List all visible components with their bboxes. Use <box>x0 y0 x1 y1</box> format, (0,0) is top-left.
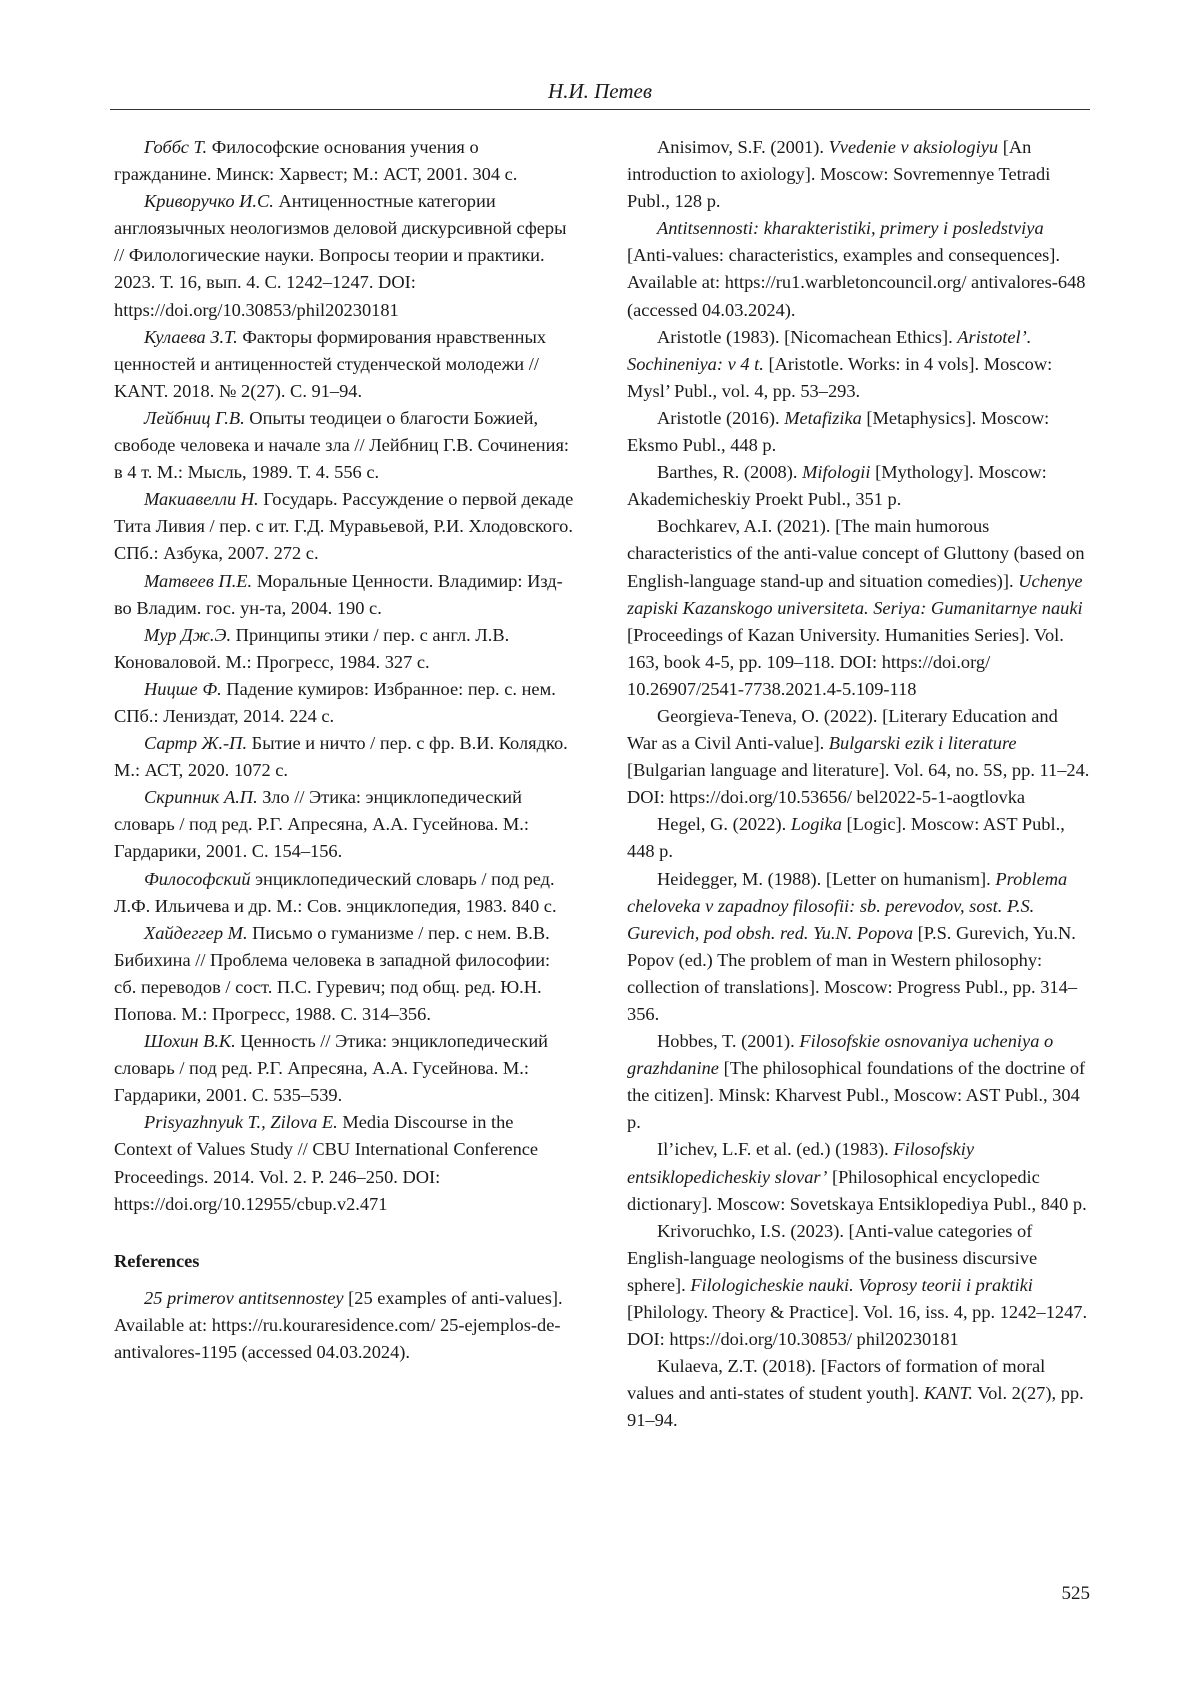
reference-entry: Heidegger, M. (1988). [Letter on humanis… <box>627 866 1090 1029</box>
ref-title: Logika <box>791 814 842 834</box>
bib-author: Гоббс Т. <box>144 137 207 157</box>
reference-entry: Georgieva-Teneva, O. (2022). [Literary E… <box>627 703 1090 811</box>
bib-entry: Хайдеггер М. Письмо о гуманизме / пер. с… <box>114 920 574 1028</box>
references-list-right: Anisimov, S.F. (2001). Vvedenie v aksiol… <box>627 134 1090 1435</box>
ref-post: [Philology. Theory & Practice]. Vol. 16,… <box>627 1302 1087 1349</box>
bib-entry: Prisyazhnyuk T., Zilova E. Media Discour… <box>114 1109 574 1217</box>
ref-pre: Barthes, R. (2008). <box>657 462 802 482</box>
reference-entry: 25 primerov antitsennostey [25 examples … <box>114 1285 574 1366</box>
bib-entry: Гоббс Т. Философские основания учения о … <box>114 134 574 188</box>
reference-entry: Barthes, R. (2008). Mifologii [Mythology… <box>627 459 1090 513</box>
bib-author: Сартр Ж.-П. <box>144 733 247 753</box>
ref-title: Mifologii <box>802 462 870 482</box>
reference-entry: Aristotle (1983). [Nicomachean Ethics]. … <box>627 324 1090 405</box>
bib-author: Матвеев П.Е. <box>144 571 252 591</box>
ref-pre: Hobbes, T. (2001). <box>657 1031 799 1051</box>
bib-entry: Криворучко И.С. Антиценностные категории… <box>114 188 574 323</box>
bib-author: Prisyazhnyuk T., Zilova E. <box>144 1112 338 1132</box>
ref-pre: Aristotle (2016). <box>657 408 784 428</box>
reference-entry: Il’ichev, L.F. et al. (ed.) (1983). Filo… <box>627 1136 1090 1217</box>
bib-author: Криворучко И.С. <box>144 191 274 211</box>
bib-author: Лейбниц Г.В. <box>144 408 245 428</box>
bib-entry: Ницше Ф. Падение кумиров: Избранное: пер… <box>114 676 574 730</box>
references-list-left: 25 primerov antitsennostey [25 examples … <box>114 1285 574 1366</box>
bib-entry: Скрипник А.П. Зло // Этика: энциклопедич… <box>114 784 574 865</box>
ref-title: Filologicheskie nauki. Voprosy teorii i … <box>690 1275 1033 1295</box>
reference-entry: Krivoruchko, I.S. (2023). [Anti-value ca… <box>627 1218 1090 1353</box>
bib-author: Мур Дж.Э. <box>144 625 231 645</box>
bib-entry: Философский энциклопедический словарь / … <box>114 866 574 920</box>
ref-pre: Hegel, G. (2022). <box>657 814 791 834</box>
ref-post: [Anti-values: characteristics, examples … <box>627 245 1085 319</box>
page-number: 525 <box>1040 1583 1090 1605</box>
bib-author: Шохин В.К. <box>144 1031 236 1051</box>
bib-author: Философский <box>144 869 251 889</box>
reference-entry: Bochkarev, A.I. (2021). [The main humoro… <box>627 513 1090 703</box>
bib-entry: Лейбниц Г.В. Опыты теодицеи о благости Б… <box>114 405 574 486</box>
bib-entry: Шохин В.К. Ценность // Этика: энциклопед… <box>114 1028 574 1109</box>
bib-author: Макиавелли Н. <box>144 489 259 509</box>
bib-author: Кулаева З.Т. <box>144 327 238 347</box>
reference-entry: Aristotle (2016). Metafizika [Metaphysic… <box>627 405 1090 459</box>
ref-pre: Aristotle (1983). [Nicomachean Ethics]. <box>657 327 957 347</box>
bib-entry: Кулаева З.Т. Факторы формирования нравст… <box>114 324 574 405</box>
reference-entry: Antitsennosti: kharakteristiki, primery … <box>627 215 1090 323</box>
reference-entry: Anisimov, S.F. (2001). Vvedenie v aksiol… <box>627 134 1090 215</box>
bib-author: Скрипник А.П. <box>144 787 258 807</box>
ref-title: Bulgarski ezik i literature <box>829 733 1017 753</box>
bib-entry: Матвеев П.Е. Моральные Ценности. Владими… <box>114 568 574 622</box>
bib-entry: Мур Дж.Э. Принципы этики / пер. с англ. … <box>114 622 574 676</box>
ref-title: Metafizika <box>784 408 862 428</box>
references-heading: References <box>114 1248 574 1275</box>
ref-post: [Bulgarian language and literature]. Vol… <box>627 760 1089 807</box>
bibliography-list: Гоббс Т. Философские основания учения о … <box>114 134 574 1218</box>
ref-pre: Heidegger, M. (1988). [Letter on humanis… <box>657 869 995 889</box>
reference-entry: Hobbes, T. (2001). Filosofskie osnovaniy… <box>627 1028 1090 1136</box>
running-head: Н.И. Петев <box>110 78 1090 104</box>
ref-title: Antitsennosti: kharakteristiki, primery … <box>657 218 1044 238</box>
ref-title: KANT. <box>924 1383 973 1403</box>
ref-pre: Il’ichev, L.F. et al. (ed.) (1983). <box>657 1139 893 1159</box>
header-rule <box>110 109 1090 110</box>
reference-entry: Kulaeva, Z.T. (2018). [Factors of format… <box>627 1353 1090 1434</box>
ref-pre: Anisimov, S.F. (2001). <box>657 137 829 157</box>
ref-pre: Bochkarev, A.I. (2021). [The main humoro… <box>627 516 1085 590</box>
left-column: Гоббс Т. Философские основания учения о … <box>114 134 574 1366</box>
reference-entry: Hegel, G. (2022). Logika [Logic]. Moscow… <box>627 811 1090 865</box>
ref-title: 25 primerov antitsennostey <box>144 1288 344 1308</box>
ref-title: Vvedenie v aksiologiyu <box>829 137 999 157</box>
bib-entry: Макиавелли Н. Государь. Рассуждение о пе… <box>114 486 574 567</box>
bib-entry: Сартр Ж.-П. Бытие и ничто / пер. с фр. В… <box>114 730 574 784</box>
bib-author: Ницше Ф. <box>144 679 222 699</box>
bib-author: Хайдеггер М. <box>144 923 248 943</box>
ref-post: [Proceedings of Kazan University. Humani… <box>627 625 1064 699</box>
right-column: Anisimov, S.F. (2001). Vvedenie v aksiol… <box>627 134 1090 1435</box>
